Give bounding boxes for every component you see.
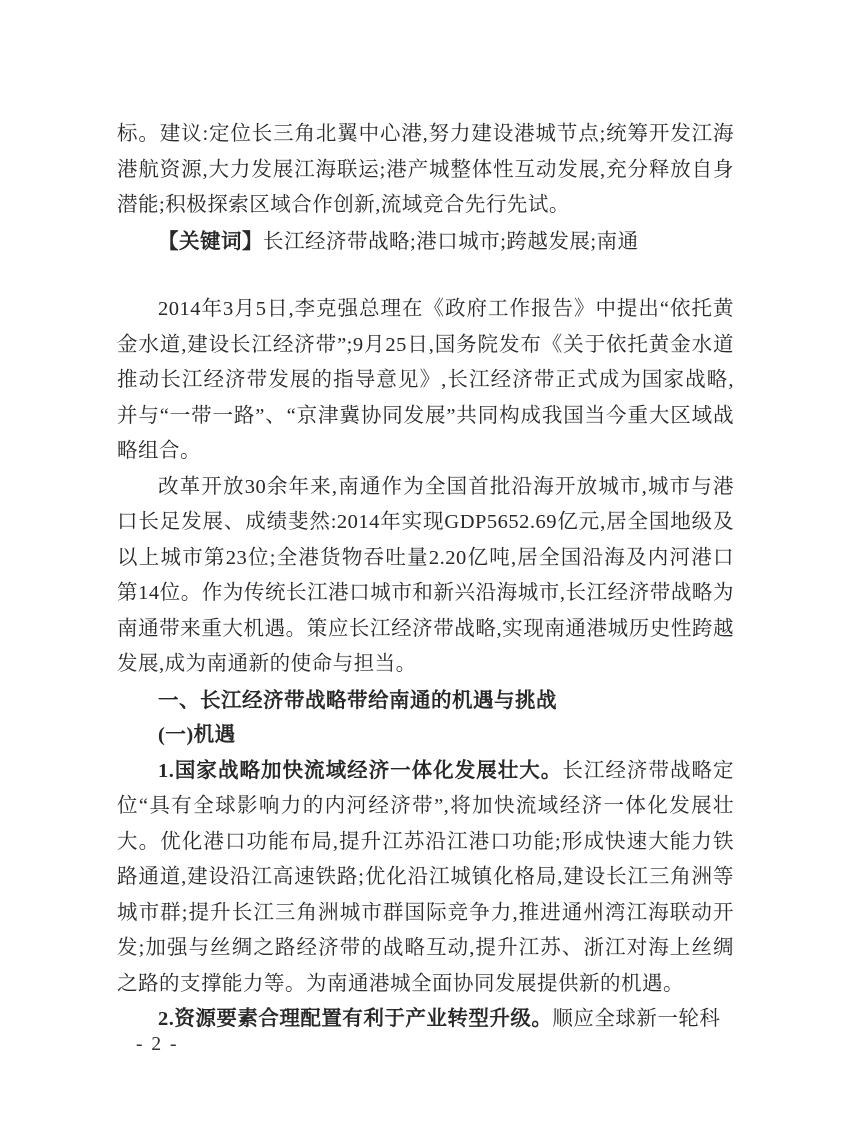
numbered-point-2-lead: 2.资源要素合理配置有利于产业转型升级。 xyxy=(158,1008,552,1030)
numbered-point-1: 1.国家战略加快流域经济一体化发展壮大。长江经济带战略定位“具有全球影响力的内河… xyxy=(117,754,734,1003)
numbered-point-2: 2.资源要素合理配置有利于产业转型升级。顺应全球新一轮科 xyxy=(117,1002,734,1038)
paragraph-policy-background: 2014年3月5日,李克强总理在《政府工作报告》中提出“依托黄金水道,建设长江经… xyxy=(117,292,734,470)
numbered-point-2-text: 顺应全球新一轮科 xyxy=(552,1008,720,1030)
subsection-heading: (一)机遇 xyxy=(117,718,734,754)
keywords-line: 【关键词】长江经济带战略;港口城市;跨越发展;南通 xyxy=(117,224,734,261)
numbered-point-1-lead: 1.国家战略加快流域经济一体化发展壮大。 xyxy=(158,760,562,782)
numbered-point-1-text: 长江经济带战略定位“具有全球影响力的内河经济带”,将加快流域经济一体化发展壮大。… xyxy=(117,760,734,995)
keywords-text: 长江经济带战略;港口城市;跨越发展;南通 xyxy=(263,231,639,253)
abstract-continuation-text: 标。建议:定位长三角北翼中心港,努力建设港城节点;统筹开发江海港航资源,大力发展… xyxy=(117,117,734,224)
section-heading: 一、长江经济带战略带给南通的机遇与挑战 xyxy=(117,683,734,719)
page-content: 标。建议:定位长三角北翼中心港,努力建设港城节点;统筹开发江海港航资源,大力发展… xyxy=(117,117,734,1038)
keywords-label: 【关键词】 xyxy=(158,230,263,253)
document-page: 标。建议:定位长三角北翼中心港,努力建设港城节点;统筹开发江海港航资源,大力发展… xyxy=(0,0,850,1146)
paragraph-nantong-achievements: 改革开放30余年来,南通作为全国首批沿海开放城市,城市与港口长足发展、成绩斐然:… xyxy=(117,470,734,683)
page-number: - 2 - xyxy=(136,1031,179,1059)
